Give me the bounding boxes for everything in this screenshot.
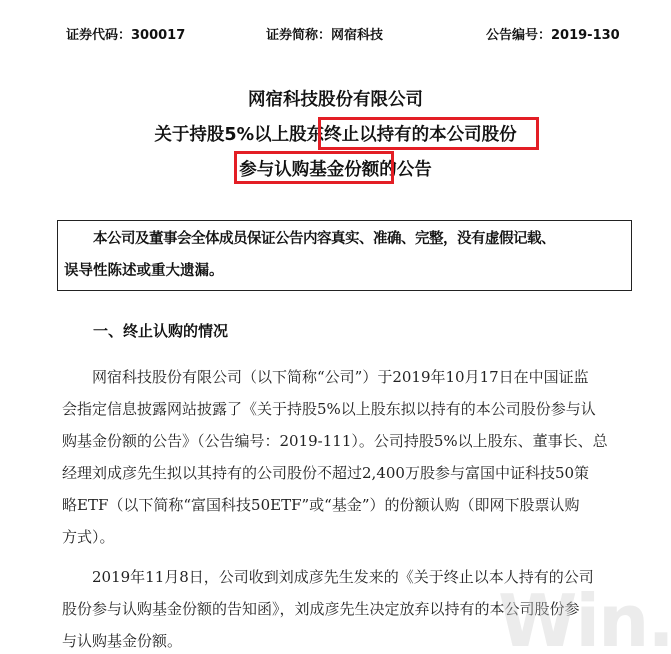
stock-code: 证券代码：300017 — [66, 24, 185, 43]
section-heading: 一、终止认购的情况 — [93, 320, 228, 341]
paragraph-line: 购基金份额的公告》（公告编号：2019-111）。公司持股5%以上股东、董事长、… — [62, 425, 632, 457]
paragraph-line: 网宿科技股份有限公司（以下简称“公司”）于2019年10月17日在中国证监 — [62, 361, 632, 393]
disclaimer-line-2: 误导性陈述或重大遗漏。 — [64, 255, 625, 287]
announcement-number: 公告编号：2019-130 — [486, 24, 620, 43]
disclaimer-box: 本公司及董事会全体成员保证公告内容真实、准确、完整，没有虚假记载、 误导性陈述或… — [57, 220, 632, 291]
disclaimer-line-1: 本公司及董事会全体成员保证公告内容真实、准确、完整，没有虚假记载、 — [64, 223, 625, 255]
paragraph-line: 会指定信息披露网站披露了《关于持股5%以上股东拟以持有的本公司股份参与认 — [62, 393, 632, 425]
watermark-logo: Win.d — [498, 585, 671, 654]
stock-short-name: 证券简称：网宿科技 — [266, 24, 383, 43]
highlight-box-2 — [234, 151, 394, 184]
title-line-2-prefix: 关于持股5%以上股东 — [154, 125, 324, 145]
paragraph-line: 略ETF（以下简称“富国科技50ETF”或“基金”）的份额认购（即网下股票认购 — [62, 489, 632, 521]
highlight-box-1 — [318, 117, 539, 150]
paragraph-1: 网宿科技股份有限公司（以下简称“公司”）于2019年10月17日在中国证监 会指… — [62, 361, 632, 553]
paragraph-line: 经理刘成彦先生拟以其持有的公司股份不超过2,400万股参与富国中证科技50策 — [62, 457, 632, 489]
company-name-title: 网宿科技股份有限公司 — [0, 86, 671, 111]
paragraph-line: 方式）。 — [62, 521, 632, 553]
